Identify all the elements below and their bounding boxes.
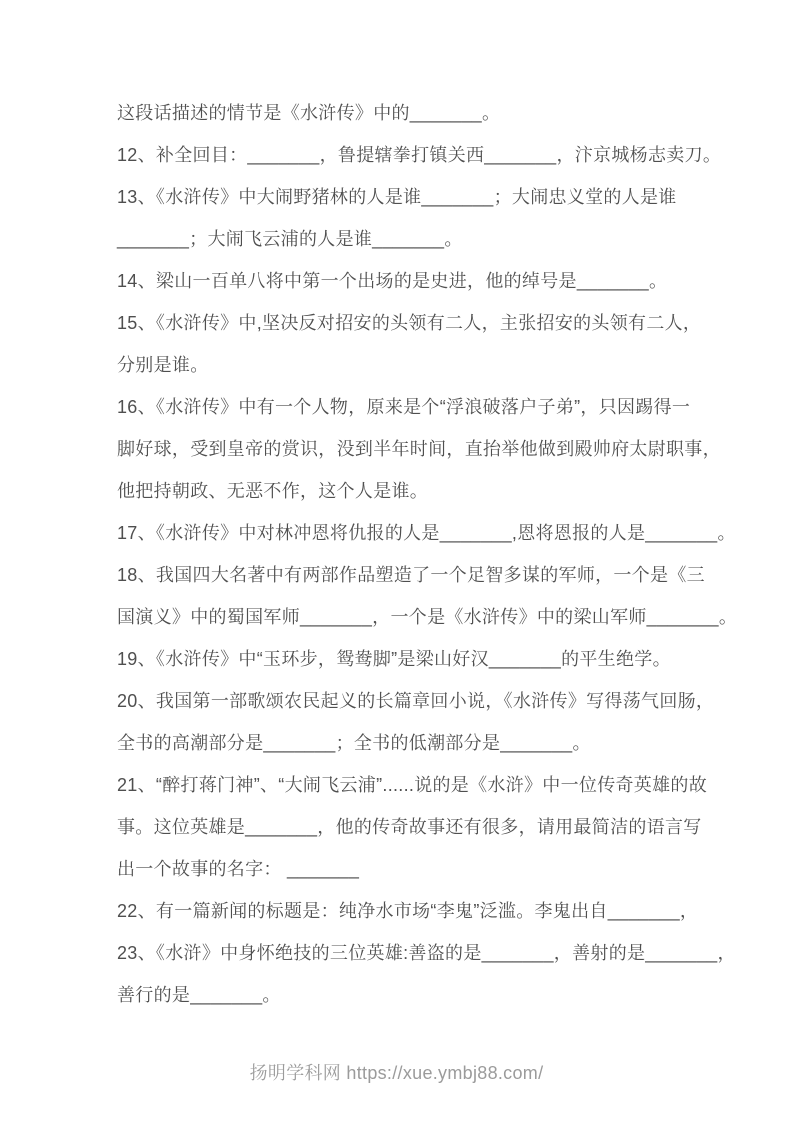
question-20-line-2: 全书的高潮部分是_______；全书的低潮部分是_______。: [117, 722, 717, 764]
question-23-line-2: 善行的是_______。: [117, 974, 717, 1016]
worksheet-text-block: 这段话描述的情节是《水浒传》中的_______。 12、补全回目：_______…: [117, 92, 717, 1016]
question-14-line: 14、梁山一百单八将中第一个出场的是史进，他的绰号是_______。: [117, 260, 717, 302]
question-13-line-1: 13、《水浒传》中大闹野猪林的人是谁_______；大闹忠义堂的人是谁: [117, 176, 717, 218]
question-21-line-3: 出一个故事的名字： _______: [117, 848, 717, 890]
question-20-line-1: 20、我国第一部歌颂农民起义的长篇章回小说，《水浒传》写得荡气回肠，: [117, 680, 717, 722]
question-15-line-2: 分别是谁。: [117, 344, 717, 386]
question-18-line-2: 国演义》中的蜀国军师_______，一个是《水浒传》中的梁山军师_______。: [117, 596, 717, 638]
question-16-line-1: 16、《水浒传》中有一个人物，原来是个“浮浪破落户子弟”，只因踢得一: [117, 386, 717, 428]
question-18-line-1: 18、我国四大名著中有两部作品塑造了一个足智多谋的军师，一个是《三: [117, 554, 717, 596]
question-15-line-1: 15、《水浒传》中,坚决反对招安的头领有二人，主张招安的头领有二人，: [117, 302, 717, 344]
question-21-line-1: 21、“醉打蒋门神”、“大闹飞云浦”......说的是《水浒》中一位传奇英雄的故: [117, 764, 717, 806]
question-12-line: 12、补全回目：_______，鲁提辖拳打镇关西_______，汴京城杨志卖刀。: [117, 134, 717, 176]
question-16-line-2: 脚好球，受到皇帝的赏识，没到半年时间，直抬举他做到殿帅府太尉职事，: [117, 428, 717, 470]
footer-watermark: 扬明学科网 https://xue.ymbj88.com/: [0, 1058, 793, 1088]
question-22-line: 22、有一篇新闻的标题是：纯净水市场“李鬼”泛滥。李鬼出自_______，: [117, 890, 717, 932]
question-23-line-1: 23、《水浒》中身怀绝技的三位英雄:善盗的是_______，善射的是______…: [117, 932, 717, 974]
question-16-line-3: 他把持朝政、无恶不作，这个人是谁。: [117, 470, 717, 512]
question-11-continuation-line: 这段话描述的情节是《水浒传》中的_______。: [117, 92, 717, 134]
question-19-line: 19、《水浒传》中“玉环步，鸳鸯脚”是梁山好汉_______的平生绝学。: [117, 638, 717, 680]
question-21-line-2: 事。这位英雄是_______，他的传奇故事还有很多，请用最简洁的语言写: [117, 806, 717, 848]
question-13-line-2: _______；大闹飞云浦的人是谁_______。: [117, 218, 717, 260]
question-17-line: 17、《水浒传》中对林冲恩将仇报的人是_______,恩将恩报的人是______…: [117, 512, 717, 554]
